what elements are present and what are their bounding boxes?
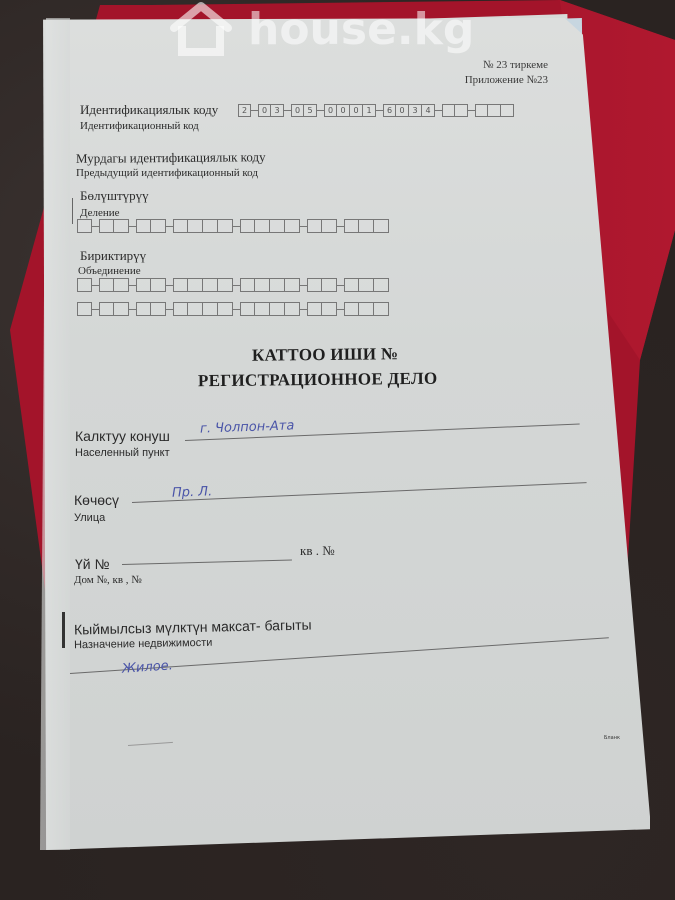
code-group: 2 xyxy=(238,104,251,117)
division-label-ky: Бөлүштүрүү xyxy=(80,188,149,204)
code-cell[interactable] xyxy=(218,219,233,233)
code-cell[interactable]: 2 xyxy=(238,104,251,117)
code-cell[interactable]: 6 xyxy=(383,104,396,117)
id-code-boxes: 2030500016034 xyxy=(238,104,514,117)
code-cell[interactable] xyxy=(307,302,322,316)
code-group xyxy=(240,219,300,233)
code-cell[interactable] xyxy=(99,219,114,233)
code-cell[interactable] xyxy=(188,302,203,316)
code-cell[interactable] xyxy=(151,302,166,316)
code-cell[interactable] xyxy=(173,278,188,292)
code-cell[interactable]: 5 xyxy=(304,104,317,117)
code-cell[interactable] xyxy=(475,104,488,117)
code-cell[interactable] xyxy=(359,278,374,292)
street-label-ky: Көчөсү xyxy=(74,492,119,508)
code-cell[interactable] xyxy=(455,104,468,117)
division-label-ru: Деление xyxy=(80,207,120,219)
code-cell[interactable] xyxy=(203,219,218,233)
code-cell[interactable] xyxy=(374,302,389,316)
code-cell[interactable] xyxy=(442,104,455,117)
code-separator xyxy=(251,110,258,111)
code-cell[interactable] xyxy=(359,219,374,233)
code-separator xyxy=(337,309,344,310)
code-cell[interactable] xyxy=(270,219,285,233)
code-cell[interactable] xyxy=(307,219,322,233)
settlement-label-ky: Калктуу конуш xyxy=(75,428,170,444)
code-cell[interactable] xyxy=(203,302,218,316)
purpose-label-ru: Назначение недвижимости xyxy=(74,637,213,651)
code-group xyxy=(77,278,92,292)
code-cell[interactable] xyxy=(322,278,337,292)
code-cell[interactable]: 3 xyxy=(409,104,422,117)
code-group xyxy=(307,219,337,233)
code-cell[interactable] xyxy=(173,302,188,316)
code-cell[interactable] xyxy=(344,278,359,292)
code-separator xyxy=(92,309,99,310)
code-cell[interactable] xyxy=(344,302,359,316)
code-group xyxy=(173,278,233,292)
code-group xyxy=(240,302,300,316)
code-separator xyxy=(233,226,240,227)
code-group xyxy=(136,278,166,292)
code-separator xyxy=(337,285,344,286)
code-cell[interactable] xyxy=(151,278,166,292)
margin-mark xyxy=(72,198,73,224)
code-separator xyxy=(129,309,136,310)
merger-code-boxes-1 xyxy=(77,278,389,292)
code-cell[interactable] xyxy=(188,219,203,233)
code-group xyxy=(136,219,166,233)
code-cell[interactable]: 0 xyxy=(258,104,271,117)
watermark: house.kg xyxy=(170,2,474,56)
house-icon xyxy=(170,2,232,56)
title-ky: КАТТОО ИШИ № xyxy=(252,344,399,366)
code-separator xyxy=(300,226,307,227)
merger-label-ru: Объединение xyxy=(78,265,141,277)
code-cell[interactable] xyxy=(374,278,389,292)
code-cell[interactable] xyxy=(240,219,255,233)
code-cell[interactable] xyxy=(344,219,359,233)
code-cell[interactable] xyxy=(218,278,233,292)
code-separator xyxy=(284,110,291,111)
code-group xyxy=(173,219,233,233)
code-group: 0001 xyxy=(324,104,376,117)
code-cell[interactable] xyxy=(322,302,337,316)
settlement-label-ru: Населенный пункт xyxy=(75,447,170,459)
code-separator xyxy=(300,309,307,310)
division-code-boxes xyxy=(77,219,389,233)
code-group xyxy=(442,104,468,117)
code-cell[interactable] xyxy=(136,302,151,316)
code-cell[interactable] xyxy=(136,278,151,292)
code-group xyxy=(136,302,166,316)
code-cell[interactable]: 0 xyxy=(291,104,304,117)
code-cell[interactable] xyxy=(240,302,255,316)
code-cell[interactable] xyxy=(285,302,300,316)
code-group xyxy=(240,278,300,292)
house-label-ky: Үй № xyxy=(75,556,110,572)
code-cell[interactable] xyxy=(240,278,255,292)
code-cell[interactable] xyxy=(203,278,218,292)
code-cell[interactable] xyxy=(114,302,129,316)
code-separator xyxy=(92,226,99,227)
code-cell[interactable] xyxy=(218,302,233,316)
code-cell[interactable] xyxy=(501,104,514,117)
code-separator xyxy=(129,226,136,227)
code-group xyxy=(307,278,337,292)
code-cell[interactable] xyxy=(270,278,285,292)
code-cell[interactable]: 1 xyxy=(363,104,376,117)
code-cell[interactable]: 0 xyxy=(337,104,350,117)
code-cell[interactable] xyxy=(151,219,166,233)
code-separator xyxy=(166,285,173,286)
form-stamp: Бланк xyxy=(604,735,620,741)
code-cell[interactable]: 0 xyxy=(324,104,337,117)
appendix-ru: Приложение №23 xyxy=(420,74,548,86)
code-cell[interactable]: 0 xyxy=(396,104,409,117)
code-cell[interactable] xyxy=(173,219,188,233)
code-group xyxy=(99,219,129,233)
code-separator xyxy=(337,226,344,227)
code-group xyxy=(77,219,92,233)
prev-code-label-ky: Мурдагы идентификациялык коду xyxy=(76,149,266,167)
code-cell[interactable] xyxy=(488,104,501,117)
code-separator xyxy=(468,110,475,111)
code-cell[interactable] xyxy=(99,302,114,316)
appendix-ky: № 23 тиркеме xyxy=(440,59,548,71)
code-cell[interactable] xyxy=(77,278,92,292)
code-group: 05 xyxy=(291,104,317,117)
apartment-label: кв . № xyxy=(300,543,335,559)
code-cell[interactable] xyxy=(255,278,270,292)
code-cell[interactable] xyxy=(255,219,270,233)
code-separator xyxy=(376,110,383,111)
code-cell[interactable]: 3 xyxy=(271,104,284,117)
merger-code-boxes-2 xyxy=(77,302,389,316)
house-label-ru: Дом №, кв , № xyxy=(74,574,142,586)
code-separator xyxy=(129,285,136,286)
merger-label-ky: Бириктирүү xyxy=(80,248,146,264)
street-value[interactable]: Пр. Л. xyxy=(172,484,213,500)
code-cell[interactable] xyxy=(285,219,300,233)
code-cell[interactable] xyxy=(322,219,337,233)
code-cell[interactable] xyxy=(77,219,92,233)
code-separator xyxy=(166,309,173,310)
code-cell[interactable] xyxy=(99,278,114,292)
street-label-ru: Улица xyxy=(74,512,105,524)
watermark-text: house.kg xyxy=(248,4,474,55)
code-cell[interactable] xyxy=(307,278,322,292)
code-group: 03 xyxy=(258,104,284,117)
code-cell[interactable] xyxy=(285,278,300,292)
code-cell[interactable] xyxy=(77,302,92,316)
code-group: 6034 xyxy=(383,104,435,117)
code-cell[interactable]: 4 xyxy=(422,104,435,117)
code-cell[interactable] xyxy=(136,219,151,233)
code-separator xyxy=(435,110,442,111)
code-cell[interactable] xyxy=(359,302,374,316)
code-group xyxy=(307,302,337,316)
id-code-label-ky: Идентификациялык коду xyxy=(80,102,218,118)
code-separator xyxy=(300,285,307,286)
prev-code-label-ru: Предыдущий идентификационный код xyxy=(76,167,258,179)
code-separator xyxy=(233,285,240,286)
title-ru: РЕГИСТРАЦИОННОЕ ДЕЛО xyxy=(198,369,438,392)
code-cell[interactable]: 0 xyxy=(350,104,363,117)
code-separator xyxy=(166,226,173,227)
code-group xyxy=(77,302,92,316)
code-group xyxy=(99,302,129,316)
code-cell[interactable] xyxy=(114,278,129,292)
code-group xyxy=(173,302,233,316)
code-cell[interactable] xyxy=(255,302,270,316)
code-group xyxy=(99,278,129,292)
code-separator xyxy=(92,285,99,286)
id-code-label-ru: Идентификационный код xyxy=(80,120,199,132)
code-cell[interactable] xyxy=(374,219,389,233)
code-cell[interactable] xyxy=(188,278,203,292)
code-group xyxy=(344,219,389,233)
code-cell[interactable] xyxy=(114,219,129,233)
code-group xyxy=(344,302,389,316)
code-group xyxy=(475,104,514,117)
margin-mark xyxy=(62,612,65,648)
code-separator xyxy=(317,110,324,111)
code-separator xyxy=(233,309,240,310)
code-group xyxy=(344,278,389,292)
code-cell[interactable] xyxy=(270,302,285,316)
